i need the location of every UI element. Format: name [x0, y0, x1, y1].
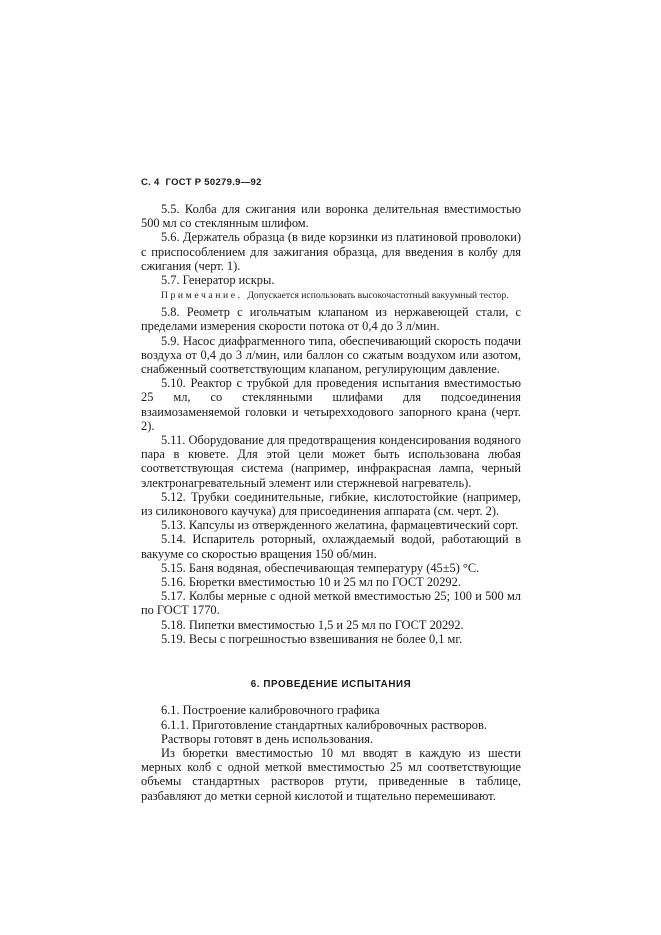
document-page: С. 4 ГОСТ Р 50279.9—92 5.5. Колба для сж…	[141, 176, 521, 803]
item-5-8: 5.8. Реометр с игольчатым клапаном из не…	[141, 305, 521, 333]
section-6-note: Растворы готовят в день использования.	[141, 732, 521, 746]
item-5-6: 5.6. Держатель образца (в виде корзинки …	[141, 230, 521, 273]
item-5-10: 5.10. Реактор с трубкой для проведения и…	[141, 376, 521, 433]
item-5-7: 5.7. Генератор искры.	[141, 273, 521, 287]
section-6-1-1: 6.1.1. Приготовление стандартных калибро…	[141, 718, 521, 732]
item-5-15: 5.15. Баня водяная, обеспечивающая темпе…	[141, 561, 521, 575]
item-5-11: 5.11. Оборудование для предотвращения ко…	[141, 433, 521, 490]
item-5-14: 5.14. Испаритель роторный, охлаждаемый в…	[141, 532, 521, 560]
page-number: С. 4	[141, 177, 160, 188]
section-6-1: 6.1. Построение калибровочного графика	[141, 703, 521, 717]
item-5-5: 5.5. Колба для сжигания или воронка дели…	[141, 202, 521, 230]
item-5-9: 5.9. Насос диафрагменного типа, обеспечи…	[141, 334, 521, 377]
item-5-19: 5.19. Весы с погрешностью взвешивания не…	[141, 632, 521, 646]
standard-designation: ГОСТ Р 50279.9—92	[166, 177, 262, 188]
item-5-18: 5.18. Пипетки вместимостью 1,5 и 25 мл п…	[141, 618, 521, 632]
item-5-16: 5.16. Бюретки вместимостью 10 и 25 мл по…	[141, 575, 521, 589]
section-heading: 6. ПРОВЕДЕНИЕ ИСПЫТАНИЯ	[141, 678, 521, 692]
note: Примечание. Допускается использовать выс…	[141, 290, 521, 302]
item-5-13: 5.13. Капсулы из отвержденного желатина,…	[141, 518, 521, 532]
note-label: Примечание.	[161, 290, 243, 301]
item-5-12: 5.12. Трубки соединительные, гибкие, кис…	[141, 490, 521, 518]
section-6-procedure: Из бюретки вместимостью 10 мл вводят в к…	[141, 746, 521, 803]
item-5-17: 5.17. Колбы мерные с одной меткой вмести…	[141, 589, 521, 617]
running-header: С. 4 ГОСТ Р 50279.9—92	[141, 176, 521, 190]
note-text: Допускается использовать высокочастотный…	[247, 290, 508, 301]
